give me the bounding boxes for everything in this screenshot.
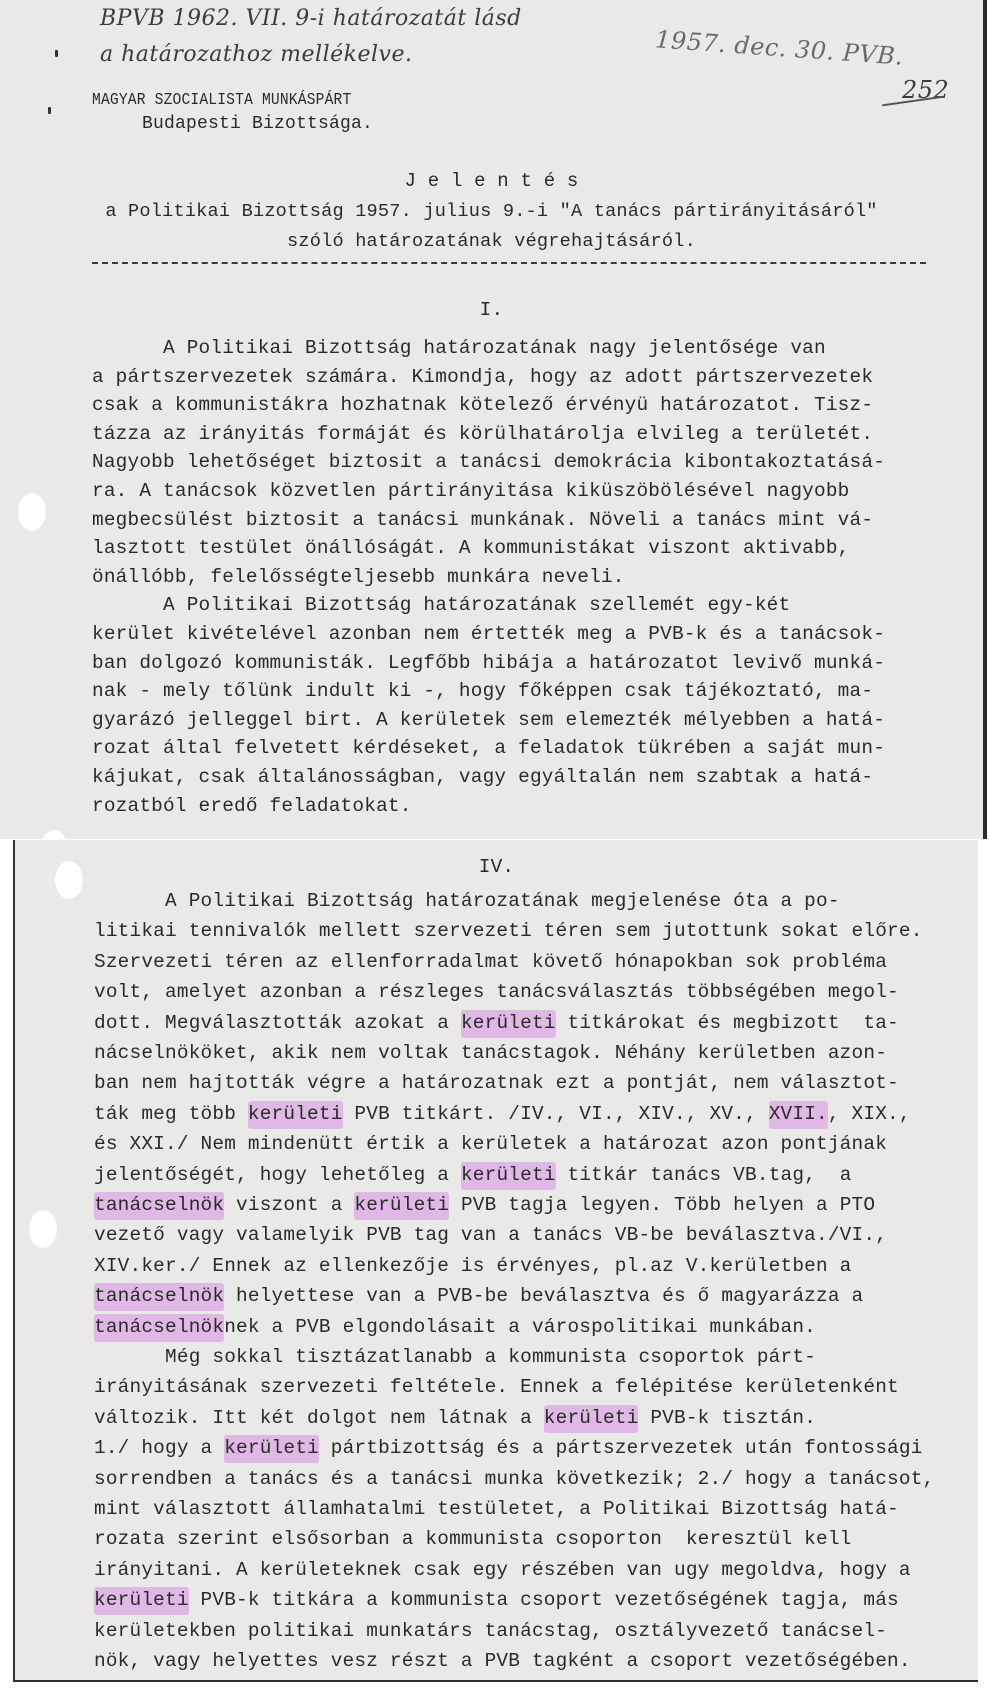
body-text-line: kerületekben politikai munkatárs tanácst… xyxy=(94,1618,887,1644)
body-text-line: ban dolgozó kommunisták. Legfőbb hibája … xyxy=(92,650,885,676)
scan-page-bottom: IV. A Politikai Bizottság határozatának … xyxy=(13,840,978,1682)
highlighted-term: kerületi xyxy=(224,1435,319,1463)
text-segment: titkár tanács VB.tag, a xyxy=(556,1164,852,1186)
highlighted-term: kerületi xyxy=(354,1192,449,1220)
highlighted-term: kerületi xyxy=(544,1405,639,1433)
body-text-line: tázza az irányitás formáját és körülhatá… xyxy=(92,421,873,447)
body-text-line: volt, amelyet azonban a részleges tanács… xyxy=(94,979,899,1005)
body-text-line: kájukat, csak általánosságban, vagy egyá… xyxy=(92,764,873,790)
body-text-line: Nagyobb lehetőséget biztosit a tanácsi d… xyxy=(92,449,885,475)
body-text-line: Még sokkal tisztázatlanabb a kommunista … xyxy=(94,1344,816,1370)
text-segment: litikai tennivalók mellett szervezeti té… xyxy=(94,920,923,942)
body-text-line: változik. Itt két dolgot nem látnak a ke… xyxy=(94,1405,816,1431)
punch-hole xyxy=(40,830,68,839)
text-segment: PVB tagja legyen. Több helyen a PTO xyxy=(449,1194,875,1216)
document-subtitle-2: szóló határozatának végrehajtásáról. xyxy=(0,229,983,255)
body-text-line: tanácselnök viszont a kerületi PVB tagja… xyxy=(94,1192,875,1218)
text-segment: nök, vagy helyettes vesz részt a PVB tag… xyxy=(94,1650,911,1672)
highlighted-term: kerületi xyxy=(248,1101,343,1129)
handwritten-note-line2: a határozathoz mellékelve. xyxy=(100,42,412,67)
margin-mark xyxy=(48,107,51,114)
highlighted-term: tanácselnök xyxy=(94,1283,224,1311)
body-text-line: nök, vagy helyettes vesz részt a PVB tag… xyxy=(94,1648,911,1674)
highlighted-term: kerületi xyxy=(461,1162,556,1190)
text-segment: helyettese van a PVB-be beválasztva és ő… xyxy=(224,1285,863,1307)
text-segment: irányitásának szervezeti feltétele. Enne… xyxy=(94,1376,899,1398)
body-text-line: nácselnököket, akik nem voltak tanácstag… xyxy=(94,1040,887,1066)
text-segment: sorrendben a tanács és a tanácsi munka k… xyxy=(94,1468,934,1490)
highlighted-term: kerületi xyxy=(94,1587,189,1615)
body-text-line: litikai tennivalók mellett szervezeti té… xyxy=(94,918,923,944)
text-segment: pártbizottság és a pártszervezetek után … xyxy=(319,1437,923,1459)
body-text-line: dott. Megválasztották azokat a kerületi … xyxy=(94,1010,899,1036)
body-text-line: A Politikai Bizottság határozatának megj… xyxy=(94,888,840,914)
handwritten-date-stamp: 1957. dec. 30. PVB. xyxy=(654,25,904,70)
text-segment: volt, amelyet azonban a részleges tanács… xyxy=(94,981,899,1003)
text-segment: , XIX., xyxy=(828,1103,911,1125)
body-text-line: irányitásának szervezeti feltétele. Enne… xyxy=(94,1374,899,1400)
highlighted-term: tanácselnök xyxy=(94,1314,224,1342)
body-text-line: XIV.ker./ Ennek az ellenkezője is érvény… xyxy=(94,1253,852,1279)
punch-hole xyxy=(55,861,83,899)
text-segment: PVB-k titkára a kommunista csoport vezet… xyxy=(189,1589,899,1611)
body-text-line: tanácselnöknek a PVB elgondolásait a vár… xyxy=(94,1314,816,1340)
text-segment: nek a PVB elgondolásait a várospolitikai… xyxy=(224,1316,816,1338)
body-text-line: 1./ hogy a kerületi pártbizottság és a p… xyxy=(94,1435,923,1461)
body-text-line: a pártszervezetek számára. Kimondja, hog… xyxy=(92,364,873,390)
body-text-line: megbecsülést biztosit a tanácsi munkának… xyxy=(92,507,873,533)
body-text-line: A Politikai Bizottság határozatának nagy… xyxy=(92,335,826,361)
text-segment: rozata szerint elsősorban a kommunista c… xyxy=(94,1528,852,1550)
text-segment: ták meg több xyxy=(94,1103,248,1125)
handwritten-note-line1: BPVB 1962. VII. 9-i határozatát lásd xyxy=(100,6,522,31)
body-text-line: csak a kommunistákra hozhatnak kötelező … xyxy=(92,392,873,418)
text-segment: Szervezeti téren az ellenforradalmat köv… xyxy=(94,951,887,973)
body-text-line: sorrendben a tanács és a tanácsi munka k… xyxy=(94,1466,934,1492)
text-segment: titkárokat és megbizott ta- xyxy=(556,1012,899,1034)
text-segment: irányitani. A kerületeknek csak egy rész… xyxy=(94,1559,911,1581)
text-segment: és XXI./ Nem mindenütt értik a kerületek… xyxy=(94,1133,887,1155)
text-segment: 1./ hogy a xyxy=(94,1437,224,1459)
text-segment: változik. Itt két dolgot nem látnak a xyxy=(94,1407,544,1429)
section-heading-1: I. xyxy=(0,297,983,323)
title-divider xyxy=(92,262,926,264)
punch-hole xyxy=(18,493,46,531)
punch-hole xyxy=(29,1210,57,1248)
text-segment: ban nem hajtották végre a határozatnak e… xyxy=(94,1072,899,1094)
body-text-line: lasztott testület önállóságát. A kommuni… xyxy=(92,535,850,561)
text-segment: dott. Megválasztották azokat a xyxy=(94,1012,461,1034)
body-text-line: rozat által felvetett kérdéseket, a fela… xyxy=(92,735,885,761)
body-text-line: és XXI./ Nem mindenütt értik a kerületek… xyxy=(94,1131,887,1157)
document-title: J e l e n t é s xyxy=(0,168,983,194)
text-segment: XIV.ker./ Ennek az ellenkezője is érvény… xyxy=(94,1255,852,1277)
margin-mark xyxy=(55,50,58,57)
highlighted-term: kerületi xyxy=(461,1010,556,1038)
body-text-line: tanácselnök helyettese van a PVB-be bevá… xyxy=(94,1283,863,1309)
text-segment: A Politikai Bizottság határozatának megj… xyxy=(94,890,840,912)
body-text-line: nak - mely tőlünk indult ki -, hogy főké… xyxy=(92,678,873,704)
text-segment: mint választott államhatalmi testületet,… xyxy=(94,1498,899,1520)
body-text-line: rozatból eredő feladatokat. xyxy=(92,793,412,819)
highlighted-term: tanácselnök xyxy=(94,1192,224,1220)
body-text-line: A Politikai Bizottság határozatának szel… xyxy=(92,592,790,618)
body-text-line: Szervezeti téren az ellenforradalmat köv… xyxy=(94,949,887,975)
text-segment: kerületekben politikai munkatárs tanácst… xyxy=(94,1620,887,1642)
text-segment: Még sokkal tisztázatlanabb a kommunista … xyxy=(94,1346,816,1368)
org-committee: Budapesti Bizottsága. xyxy=(142,111,373,137)
highlighted-term: XVII. xyxy=(769,1101,828,1129)
body-text-line: vezető vagy valamelyik PVB tag van a tan… xyxy=(94,1222,887,1248)
body-text-line: kerületi PVB-k titkára a kommunista csop… xyxy=(94,1587,899,1613)
text-segment: PVB titkárt. /IV., VI., XIV., XV., xyxy=(343,1103,769,1125)
body-text-line: rozata szerint elsősorban a kommunista c… xyxy=(94,1526,852,1552)
text-segment: viszont a xyxy=(224,1194,354,1216)
scan-page-top: BPVB 1962. VII. 9-i határozatát lásd a h… xyxy=(0,0,987,839)
body-text-line: kerület kivételével azonban nem értették… xyxy=(92,621,885,647)
body-text-line: ban nem hajtották végre a határozatnak e… xyxy=(94,1070,899,1096)
text-segment: nácselnököket, akik nem voltak tanácstag… xyxy=(94,1042,887,1064)
body-text-line: ták meg több kerületi PVB titkárt. /IV.,… xyxy=(94,1101,911,1127)
body-text-line: jelentőségét, hogy lehetőleg a kerületi … xyxy=(94,1162,852,1188)
body-text-line: mint választott államhatalmi testületet,… xyxy=(94,1496,899,1522)
document-subtitle-1: a Politikai Bizottság 1957. julius 9.-i … xyxy=(0,199,983,225)
body-text-line: irányitani. A kerületeknek csak egy rész… xyxy=(94,1557,911,1583)
body-text-line: önállóbb, felelősségteljesebb munkára ne… xyxy=(92,564,625,590)
section-heading-4: IV. xyxy=(15,854,978,880)
text-segment: PVB-k tisztán. xyxy=(638,1407,816,1429)
text-segment: vezető vagy valamelyik PVB tag van a tan… xyxy=(94,1224,887,1246)
text-segment: jelentőségét, hogy lehetőleg a xyxy=(94,1164,461,1186)
body-text-line: gyarázó jelleggel birt. A kerületek sem … xyxy=(92,707,885,733)
body-text-line: ra. A tanácsok közvetlen pártirányitása … xyxy=(92,478,850,504)
